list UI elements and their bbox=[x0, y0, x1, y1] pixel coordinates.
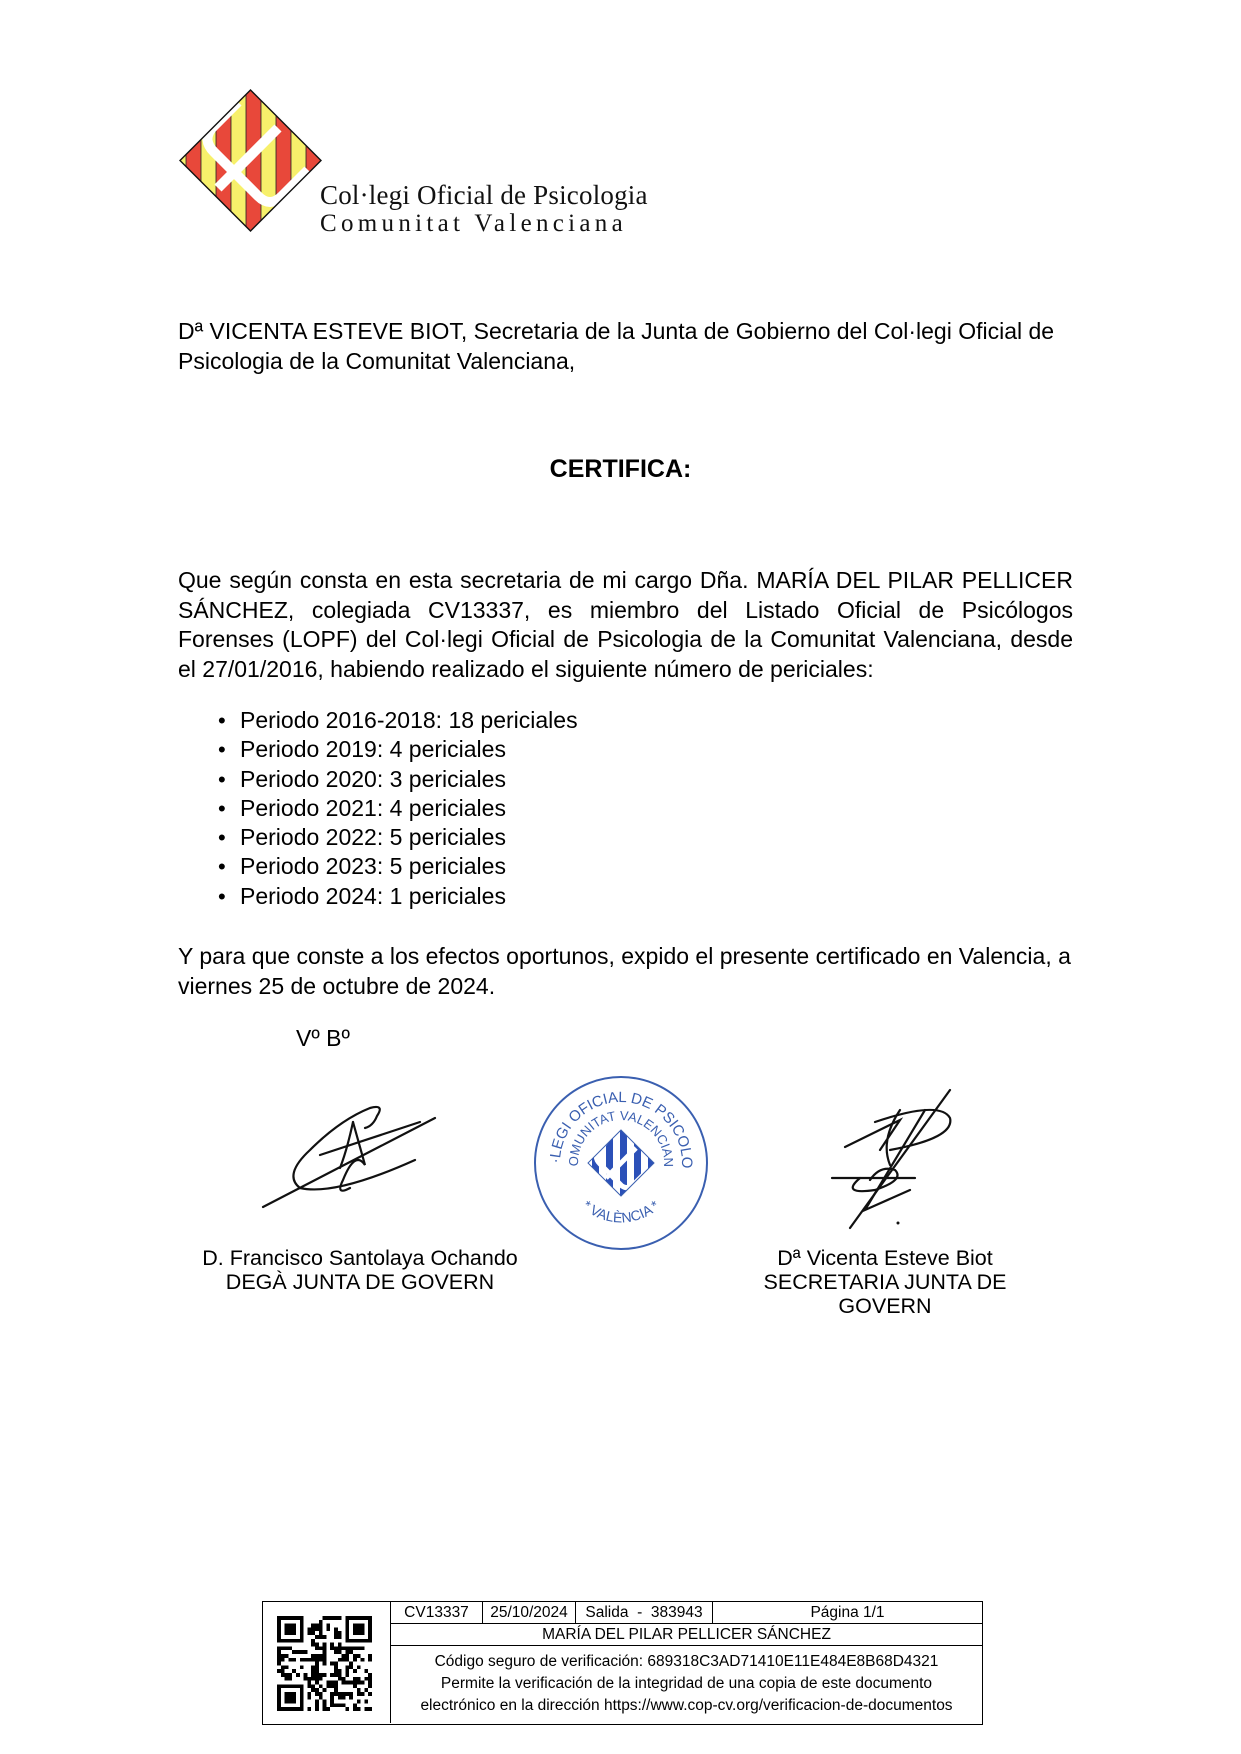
list-item: Periodo 2019: 4 periciales bbox=[240, 735, 578, 764]
list-item: Periodo 2023: 5 periciales bbox=[240, 852, 578, 881]
signer-dean-name: D. Francisco Santolaya Ochando bbox=[170, 1246, 550, 1270]
registry-number: Salida - 383943 bbox=[576, 1602, 713, 1623]
issue-date: 25/10/2024 bbox=[483, 1602, 576, 1623]
signer-secretary: Dª Vicenta Esteve Biot SECRETARIA JUNTA … bbox=[740, 1246, 1030, 1318]
list-item: Periodo 2024: 1 periciales bbox=[240, 882, 578, 911]
member-name: MARÍA DEL PILAR PELLICER SÁNCHEZ bbox=[391, 1624, 982, 1646]
org-name-line1: Col·legi Oficial de Psicologia bbox=[320, 180, 648, 211]
qr-code-icon[interactable] bbox=[277, 1616, 372, 1711]
qr-cell bbox=[263, 1602, 391, 1723]
signature-secretary-icon bbox=[820, 1080, 980, 1235]
list-item: Periodo 2016-2018: 18 periciales bbox=[240, 706, 578, 735]
visto-bueno-label: Vº Bº bbox=[296, 1025, 350, 1052]
signer-secretary-role: SECRETARIA JUNTA DE GOVERN bbox=[740, 1270, 1030, 1318]
verification-code: Código seguro de verificación: 689318C3A… bbox=[391, 1651, 982, 1673]
certifica-heading: CERTIFICA: bbox=[0, 455, 1241, 484]
org-name-line2: Comunitat Valenciana bbox=[320, 210, 627, 238]
list-item: Periodo 2020: 3 periciales bbox=[240, 765, 578, 794]
signature-dean-icon bbox=[255, 1080, 455, 1225]
signer-dean-role: DEGÀ JUNTA DE GOVERN bbox=[170, 1270, 550, 1294]
svg-text:* VALÈNCIA *: * VALÈNCIA * bbox=[580, 1197, 663, 1226]
verification-footer: CV13337 25/10/2024 Salida - 383943 Págin… bbox=[262, 1601, 983, 1725]
cop-cv-logo-icon bbox=[178, 88, 323, 233]
signer-dean: D. Francisco Santolaya Ochando DEGÀ JUNT… bbox=[170, 1246, 550, 1294]
verification-note-1: Permite la verificación de la integridad… bbox=[391, 1673, 982, 1695]
list-item: Periodo 2022: 5 periciales bbox=[240, 823, 578, 852]
official-stamp-icon: COL·LEGI OFICIAL DE PSICOLOGIA COMUNITAT… bbox=[530, 1072, 712, 1254]
intro-paragraph: Dª VICENTA ESTEVE BIOT, Secretaria de la… bbox=[178, 317, 1073, 376]
page-number: Página 1/1 bbox=[713, 1602, 982, 1623]
signer-secretary-name: Dª Vicenta Esteve Biot bbox=[740, 1246, 1030, 1270]
verification-info: CV13337 25/10/2024 Salida - 383943 Págin… bbox=[391, 1602, 982, 1724]
verification-url[interactable]: electrónico en la dirección https://www.… bbox=[391, 1695, 982, 1717]
periods-list: Periodo 2016-2018: 18 periciales Periodo… bbox=[240, 706, 578, 911]
member-id: CV13337 bbox=[391, 1602, 483, 1623]
certification-body: Que según consta en esta secretaria de m… bbox=[178, 566, 1073, 684]
closing-paragraph: Y para que conste a los efectos oportuno… bbox=[178, 942, 1073, 1001]
list-item: Periodo 2021: 4 periciales bbox=[240, 794, 578, 823]
